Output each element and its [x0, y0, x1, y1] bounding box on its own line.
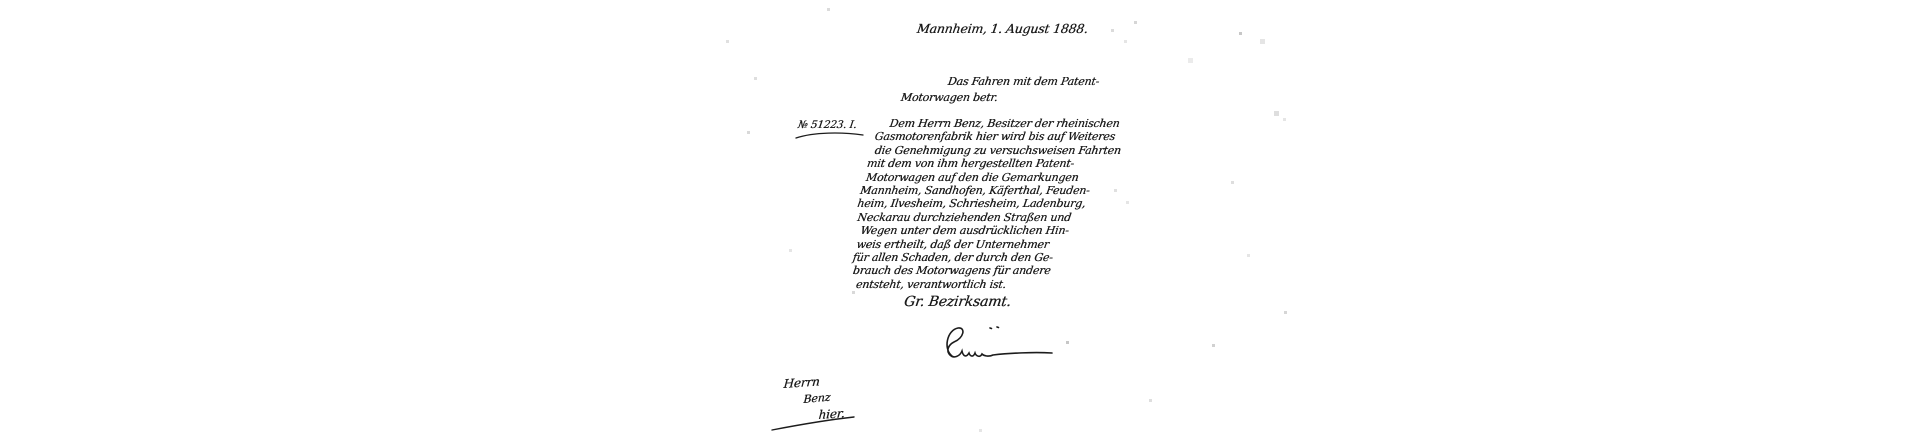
signature-icon: [880, 318, 1070, 368]
body-line-8: Neckarau durchziehenden Straßen und: [856, 211, 1112, 224]
closing-authority: Gr. Bezirksamt.: [903, 294, 1012, 310]
body-line-6: Mannheim, Sandhofen, Käferthal, Feuden-: [859, 184, 1116, 197]
body-line-11: für allen Schaden, der durch den Ge-: [852, 251, 1107, 264]
dateline: Mannheim, 1. August 1888.: [916, 21, 1089, 36]
subject-line-1: Das Fahren mit dem Patent-: [947, 75, 1100, 88]
address-line-1: Herrn: [783, 375, 820, 391]
address-line-2: Benz: [803, 391, 831, 406]
scanned-letter-page: Mannheim, 1. August 1888. Das Fahren mit…: [0, 0, 1906, 441]
body-line-4: mit dem von ihm hergestellten Patent-: [866, 157, 1120, 170]
body-line-3: die Genehmigung zu versuchsweisen Fahrte…: [874, 144, 1122, 157]
address-underline-flourish: [770, 412, 858, 434]
body-line-2: Gasmotorenfabrik hier wird bis auf Weite…: [874, 130, 1124, 143]
body-line-1: Dem Herrn Benz, Besitzer der rheinischen: [889, 117, 1126, 130]
body-line-12: brauch des Motorwagens für andere: [852, 264, 1105, 277]
body-line-5: Motorwagen auf den die Gemarkungen: [865, 171, 1118, 184]
body-line-10: weis ertheilt, daß der Unternehmer: [856, 238, 1109, 251]
reference-underline-flourish: [794, 129, 866, 141]
scan-noise: [0, 0, 1, 1]
body-line-13: entsteht, verantwortlich ist.: [855, 278, 1103, 291]
subject-line-2: Motorwagen betr.: [900, 91, 998, 104]
body-line-9: Wegen unter dem ausdrücklichen Hin-: [860, 224, 1111, 237]
letter-body: Dem Herrn Benz, Besitzer der rheinischen…: [846, 117, 1125, 291]
body-line-7: heim, Ilvesheim, Schriesheim, Ladenburg,: [856, 197, 1114, 210]
